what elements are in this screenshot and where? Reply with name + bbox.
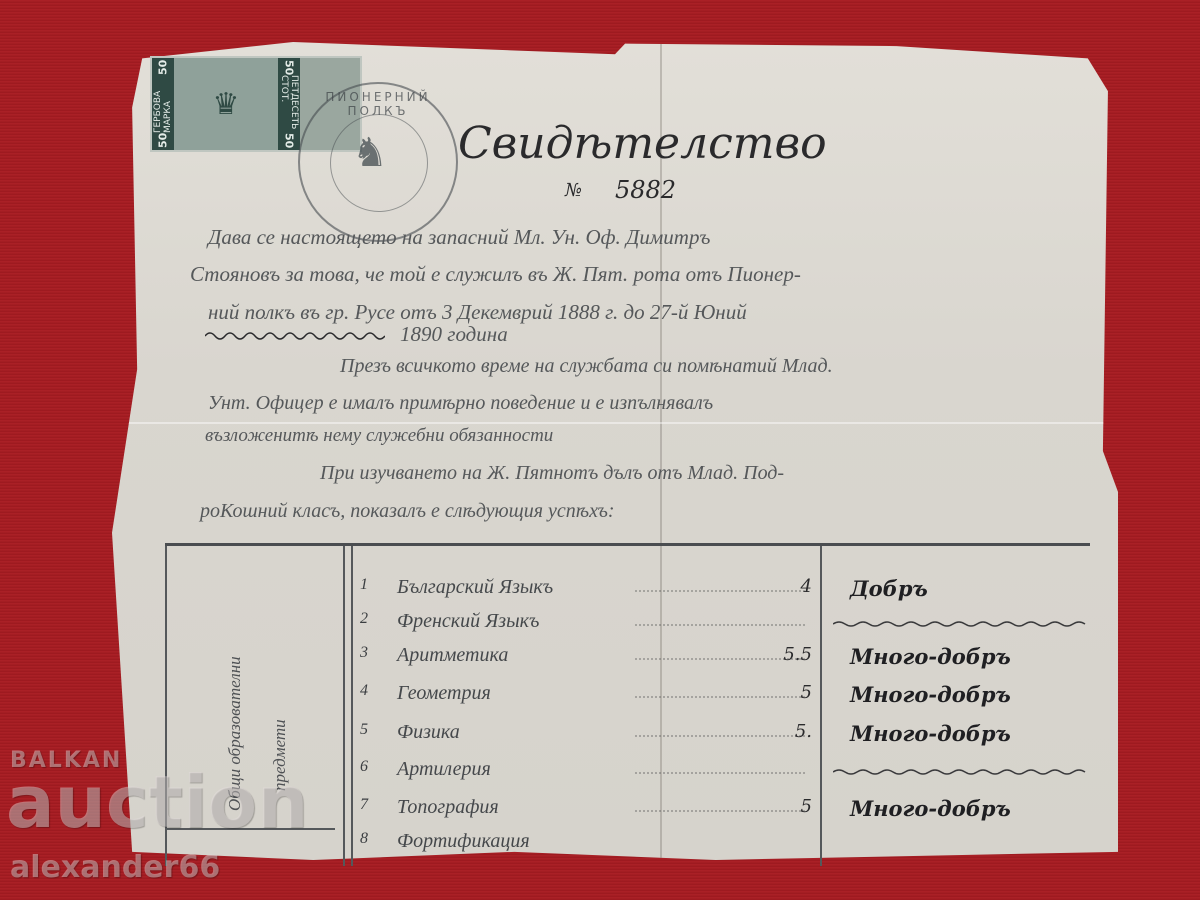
fold-line-horizontal	[112, 422, 1118, 424]
body-line-8: При изучването на Ж. Пятнотъ дълъ отъ Мл…	[320, 462, 784, 485]
table-row: 5 Физика 5. Много-добръ	[165, 721, 1090, 749]
body-line-6: Унт. Офицер е ималъ примѣрно поведение и…	[208, 392, 713, 415]
regiment-seal: ПИОНЕРНИЙ ПОЛКЪ ♞	[298, 82, 458, 242]
wavy-dash	[833, 768, 1088, 776]
document-title: Свидѣтелство	[458, 118, 827, 169]
table-row: 2 Френский Языкъ	[165, 610, 1090, 638]
body-line-5: Презъ всичкото време на службата си помѣ…	[340, 355, 833, 378]
stamp-left-band: 50 ГЕРБОВА МАРКА 50	[152, 58, 174, 150]
body-line-7: възложенитѣ нему служебни обязанности	[205, 425, 553, 447]
body-line-2: Стояновъ за това, че той е служилъ въ Ж.…	[190, 262, 801, 287]
body-line-4: 1890 година	[400, 322, 508, 347]
watermark-line-3: alexander66	[10, 850, 220, 885]
lion-emblem-icon: ♞	[352, 130, 388, 176]
table-row: 1 Българский Языкъ 4 Добръ	[165, 576, 1090, 604]
coat-of-arms-icon: ♛	[174, 58, 278, 150]
stamp-left-text: ГЕРБОВА МАРКА	[153, 75, 173, 132]
body-line-1: Дава се настоящето на запасний Мл. Ун. О…	[208, 225, 710, 250]
wavy-dash	[833, 620, 1088, 628]
stamp-right-text: ПЕТДЕСЕТЬ СТОТ.	[279, 75, 299, 132]
body-line-9: роКошний класъ, показалъ е слѣдующия усп…	[200, 500, 615, 523]
document-number: 5882	[615, 176, 676, 204]
stamp-right-band: 50 ПЕТДЕСЕТЬ СТОТ. 50	[278, 58, 300, 150]
number-label: №	[565, 180, 582, 201]
wavy-fill-line	[205, 330, 385, 342]
watermark-line-2: auction	[6, 760, 308, 844]
table-row: 3 Аритметика 5.5 Много-добръ	[165, 644, 1090, 672]
table-row: 4 Геометрия 5 Много-добръ	[165, 682, 1090, 710]
